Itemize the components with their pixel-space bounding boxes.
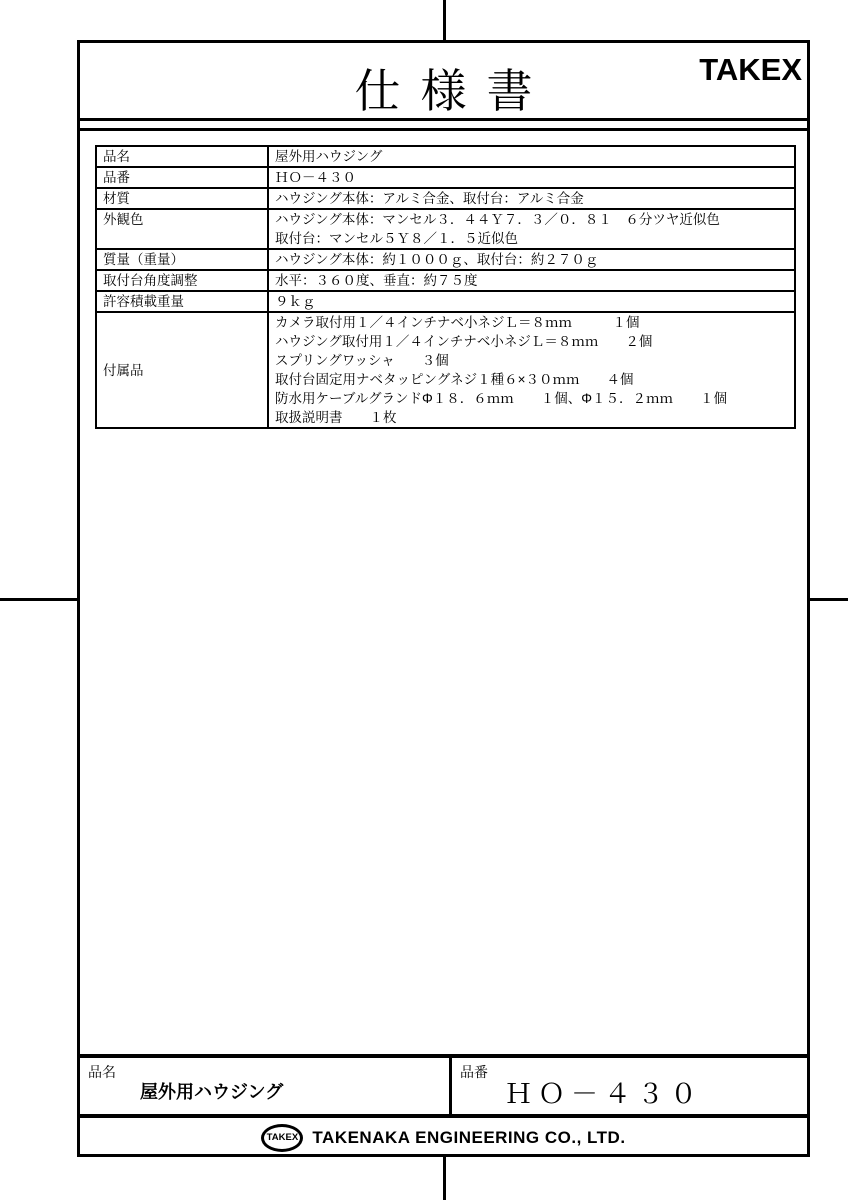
spec-value: 水平：３６０度、垂直：約７５度 (268, 270, 795, 291)
takex-oval-logo-icon: TAKEX (261, 1124, 303, 1152)
crop-mark-right (810, 598, 848, 601)
spec-row-model-number: 品番 ＨＯ－４３０ (96, 167, 795, 188)
footer-bar: TAKEX TAKENAKA ENGINEERING CO., LTD. (77, 1118, 810, 1157)
spec-table: 品名 屋外用ハウジング 品番 ＨＯ－４３０ 材質 ハウジング本体：アルミ合金、取… (95, 145, 796, 429)
crop-mark-top (443, 0, 446, 40)
title-block-number-value: ＨＯ－４３０ (505, 1072, 703, 1111)
spec-value: ハウジング本体：マンセル３．４４Ｙ７．３／０．８１ ６分ツヤ近似色 取付台：マン… (268, 209, 795, 249)
title-block-number-label: 品番 (460, 1062, 488, 1082)
spec-label: 取付台角度調整 (96, 270, 268, 291)
footer-company-name: TAKENAKA ENGINEERING CO., LTD. (312, 1128, 625, 1148)
spec-row-product-name: 品名 屋外用ハウジング (96, 146, 795, 167)
title-block-top-line (77, 1054, 810, 1058)
spec-label: 外観色 (96, 209, 268, 249)
spec-row-weight: 質量（重量） ハウジング本体：約１０００ｇ、取付台：約２７０ｇ (96, 249, 795, 270)
title-block-name-label: 品名 (88, 1062, 116, 1082)
crop-mark-left (0, 598, 77, 601)
spec-row-mount-angle: 取付台角度調整 水平：３６０度、垂直：約７５度 (96, 270, 795, 291)
spec-label: 付属品 (96, 312, 268, 428)
spec-label: 品番 (96, 167, 268, 188)
spec-value: ９ｋｇ (268, 291, 795, 312)
takex-logo: TAKEX (699, 52, 802, 88)
body-top-line (77, 128, 810, 131)
spec-value: ＨＯ－４３０ (268, 167, 795, 188)
title-block-name-value: 屋外用ハウジング (140, 1078, 283, 1104)
spec-label: 品名 (96, 146, 268, 167)
title-block-divider (449, 1058, 452, 1114)
spec-row-exterior-color: 外観色 ハウジング本体：マンセル３．４４Ｙ７．３／０．８１ ６分ツヤ近似色 取付… (96, 209, 795, 249)
spec-value: ハウジング本体：約１０００ｇ、取付台：約２７０ｇ (268, 249, 795, 270)
spec-label: 許容積載重量 (96, 291, 268, 312)
spec-value: ハウジング本体：アルミ合金、取付台：アルミ合金 (268, 188, 795, 209)
spec-sheet-page: 仕様書 TAKEX 品名 屋外用ハウジング 品番 ＨＯ－４３０ 材質 ハウジング… (0, 0, 848, 1200)
spec-value: 屋外用ハウジング (268, 146, 795, 167)
spec-row-material: 材質 ハウジング本体：アルミ合金、取付台：アルミ合金 (96, 188, 795, 209)
spec-row-load-capacity: 許容積載重量 ９ｋｇ (96, 291, 795, 312)
spec-label: 質量（重量） (96, 249, 268, 270)
spec-value: カメラ取付用１／４インチナベ小ネジＬ＝８ｍｍ １個 ハウジング取付用１／４インチ… (268, 312, 795, 428)
crop-mark-bottom (443, 1157, 446, 1200)
spec-row-accessories: 付属品 カメラ取付用１／４インチナベ小ネジＬ＝８ｍｍ １個 ハウジング取付用１／… (96, 312, 795, 428)
spec-label: 材質 (96, 188, 268, 209)
